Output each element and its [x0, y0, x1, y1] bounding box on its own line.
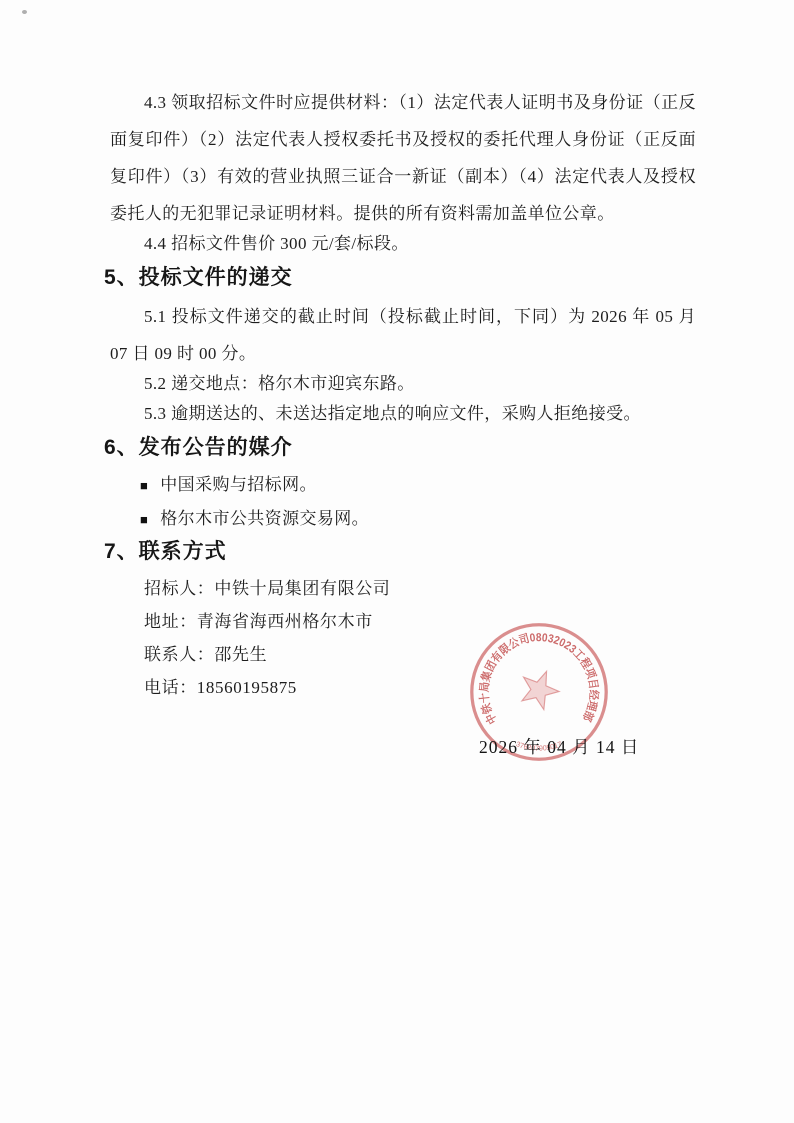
contact-phone: 电话：18560195875 — [144, 671, 696, 704]
document-content: 4.3 领取招标文件时应提供材料：（1）法定代表人证明书及身份证（正反面复印件）… — [110, 84, 696, 704]
seal-star-icon — [515, 664, 564, 712]
bullet-square-icon: ■ — [140, 503, 148, 536]
media-item-label: 中国采购与招标网。 — [160, 468, 317, 501]
contact-person: 联系人：邵先生 — [144, 638, 696, 671]
media-item-label: 格尔木市公共资源交易网。 — [160, 502, 369, 535]
media-list-item: ■ 格尔木市公共资源交易网。 — [140, 502, 696, 536]
seal-ring-text-container: 中铁十局集团有限公司08032023工程项目经理部 — [477, 631, 601, 727]
scan-speck — [22, 10, 27, 14]
clause-4-3: 4.3 领取招标文件时应提供材料：（1）法定代表人证明书及身份证（正反面复印件）… — [110, 84, 696, 232]
section-5-heading: 5、投标文件的递交 — [104, 264, 696, 292]
scanned-document-page: 4.3 领取招标文件时应提供材料：（1）法定代表人证明书及身份证（正反面复印件）… — [0, 0, 794, 1123]
section-6-heading: 6、发布公告的媒介 — [104, 434, 696, 462]
section-7-heading: 7、联系方式 — [104, 538, 696, 566]
media-list-item: ■ 中国采购与招标网。 — [140, 468, 696, 502]
bullet-square-icon: ■ — [140, 469, 148, 502]
stamp-date: 2026 年 04 月 14 日 — [479, 734, 639, 759]
clause-5-1: 5.1 投标文件递交的截止时间（投标截止时间，下同）为 2026 年 05 月 … — [110, 298, 696, 372]
contact-tenderer: 招标人：中铁十局集团有限公司 — [144, 572, 696, 605]
clause-5-3: 5.3 逾期送达的、未送达指定地点的响应文件，采购人拒绝接受。 — [110, 395, 696, 432]
seal-ring-text: 中铁十局集团有限公司08032023工程项目经理部 — [477, 631, 601, 727]
contact-address: 地址：青海省海西州格尔木市 — [144, 605, 696, 638]
